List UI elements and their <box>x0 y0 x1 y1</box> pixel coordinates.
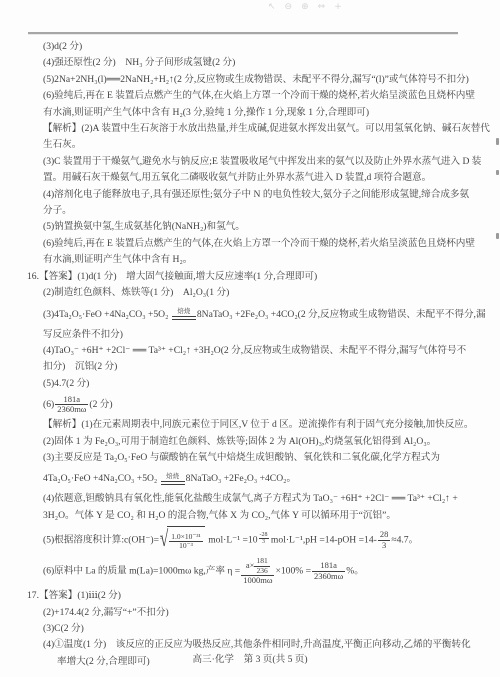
q15-analysis-line: (5)钠置换氨中氢,生成氨基化钠(NaNH₂)和氢气。 <box>43 219 494 235</box>
q17-answer-header-line: 17.【答案】(1)ⅲ(2 分) <box>27 588 494 604</box>
q16-analysis-ksp-line: (5)根据溶度积计算:c(OH⁻)=3√1.0×10⁻³¹10⁻³ mol·L⁻… <box>43 526 494 555</box>
fraction: 181a2360mω <box>55 395 88 416</box>
fit-width-icon[interactable]: ⇔ <box>318 2 326 12</box>
zoom-out-icon[interactable]: ⊖ <box>285 2 293 12</box>
q16-analysis-line: 【解析】(1)在元素周期表中,同族元素位于同区,V 位于 d 区。逆流操作有利于… <box>43 417 494 433</box>
q16-analysis-line: 3H₂O。气体 Y 是 CO₂ 和 H₂O 的混合物,气体 X 为 CO₂,气体… <box>43 508 494 524</box>
q16-analysis-equation-line: 4Ta₂O₅·FeO +4Na₂CO₃ +5O₂ 焙烧8NaTaO₃ +2Fe₂… <box>43 467 494 490</box>
text-segment: %。 <box>346 566 364 577</box>
scan-artifact <box>496 170 499 175</box>
q15-answer-line: (4)强还原性(2 分) NH₃ 分子间形成氢键(2 分) <box>43 55 494 71</box>
text-segment: (3)4Ta₂O₅·FeO +4Na₂CO₃ +5O₂ <box>43 309 171 320</box>
text-segment: (2 分) <box>89 399 112 410</box>
fraction-denominator: 3 <box>259 539 269 545</box>
fraction: 283 <box>378 530 391 551</box>
scan-artifact <box>496 233 499 239</box>
move-icon[interactable]: + <box>334 2 342 12</box>
fraction-numerator: -28 <box>259 532 269 539</box>
q15-answer-line: 有水滴,则证明产生气体中含有 H₂(3 分,验纯 1 分,操作 1 分,现象 1… <box>43 105 494 121</box>
fraction-denominator: 2360mω <box>55 405 88 415</box>
fraction-denominator: 2360mω <box>312 572 345 582</box>
q16-answer-line: (5)4.7(2 分) <box>43 376 494 392</box>
fraction-denominator: 236 <box>254 567 269 576</box>
q16-analysis-yield-line: (6)原料中 La 的质量 m(La)=1000mω kg,产率 η =a×18… <box>43 557 494 586</box>
fraction-denominator: 3 <box>378 541 391 551</box>
q16-answer-line: (2)制造红色颜料、炼铁等(1 分) Al₂O₃(1 分) <box>43 285 494 301</box>
q16-analysis-line: (3)主要反应是 Ta₂O₅·FeO 与碳酸钠在氧气中焙烧生成钽酸钠、氧化铁和二… <box>43 450 494 466</box>
pan-icon[interactable]: ↖ <box>268 2 276 12</box>
text-segment: mol·L⁻¹,pH =14-pOH =14- <box>269 535 377 546</box>
reaction-condition-arrow: 焙烧 <box>172 308 196 320</box>
text-segment: a× <box>246 560 255 570</box>
q15-answer-line: (6)验纯后,再在 E 装置后点燃产生的气体,在火焰上方罩一个冷而干燥的烧杯,若… <box>43 88 494 104</box>
q15-analysis-line: 分子。 <box>43 203 494 219</box>
q15-analysis-line: 生石灰。 <box>43 137 494 153</box>
double-bar <box>161 481 185 485</box>
q15-analysis-line: 置。用碱石灰干燥氨气,用五氧化二磷吸收氨气并防止外界水蒸气进入 D 装置,d 项… <box>43 170 494 186</box>
scan-artifact <box>496 138 499 145</box>
scanned-exam-page: ↖ ⊖ ⊕ ⇔ + (3)d(2 分) (4)强还原性(2 分) NH₃ 分子间… <box>0 0 500 677</box>
text-segment: 4Ta₂O₅·FeO +4Na₂CO₃ +5O₂ <box>43 473 160 484</box>
text-segment: 8NaTaO₃ +2Fe₂O₃ +4CO₂(2 分,反应物或生成物错误、未配平不… <box>197 309 486 320</box>
text-segment: ≈4.7。 <box>391 535 418 546</box>
q16-answer-fraction-line: (6)181a2360mω(2 分) <box>43 393 494 416</box>
q15-analysis-line: 有水滴,则证明产生气体中含有 H₂。 <box>43 252 494 268</box>
text-segment: (6) <box>43 399 54 410</box>
fraction-denominator: 1000mω <box>241 576 274 586</box>
text-segment: (6)原料中 La 的质量 m(La)=1000mω kg,产率 η = <box>43 566 240 577</box>
radical-sign: √ <box>160 529 168 552</box>
q16-analysis-line: (4)依题意,钽酸钠具有氧化性,能氧化盐酸生成氯气,离子方程式为 TaO₃⁻ +… <box>43 491 494 507</box>
q15-answer-line: (3)d(2 分) <box>43 39 494 55</box>
q15-analysis-line: (6)验纯后,再在 E 装置后点燃产生的气体,在火焰上方罩一个冷而干燥的烧杯,若… <box>43 236 494 252</box>
cube-root: 3√1.0×10⁻³¹10⁻³ <box>160 526 205 555</box>
viewer-toolbar: ↖ ⊖ ⊕ ⇔ + <box>268 2 342 12</box>
condition-label: 焙烧 <box>177 308 190 315</box>
fraction-denominator: 10⁻³ <box>169 542 203 551</box>
text-segment: mol·L⁻¹ =10 <box>206 535 258 546</box>
reaction-condition-arrow: 焙烧 <box>161 473 185 485</box>
fraction: 181a2360mω <box>312 561 345 582</box>
fraction: a×1812361000mω <box>241 557 274 586</box>
q16-analysis-line: (2)固体 1 为 Fe₂O₃,可用于制造红色颜料、炼铁等;固体 2 为 Al(… <box>43 434 494 450</box>
q16-answer-equation-line: (4)TaO₃⁻ +6H⁺ +2Cl⁻ ══ Ta³⁺ +Cl₂↑ +3H₂O(… <box>43 343 494 359</box>
q17-answer-line: (2)+174.4(2 分,漏写“+”不扣分) <box>43 605 494 621</box>
nested-fraction: 181236 <box>254 557 269 575</box>
q15-analysis-line: (3)C 装置用于干燥氨气,避免水与钠反应;E 装置吸收尾气中挥发出来的氨气以及… <box>43 154 494 170</box>
top-divider-rule <box>28 32 458 34</box>
q16-answer-line: 扣分) 沉铝(2 分) <box>43 359 494 375</box>
superscript-fraction: -283 <box>259 532 269 545</box>
condition-label: 焙烧 <box>166 473 179 480</box>
answer-key-content: (3)d(2 分) (4)强还原性(2 分) NH₃ 分子间形成氢键(2 分) … <box>43 39 494 670</box>
q16-answer-header-line: 16.【答案】(1)d(1 分) 增大固气接触面,增大反应速率(1 分,合理即可… <box>27 269 494 285</box>
text-segment: 8NaTaO₃ +2Fe₂O₃ +4CO₂。 <box>186 473 296 484</box>
double-bar <box>172 316 196 320</box>
fraction-numerator: a×181236 <box>241 557 274 576</box>
fraction: 1.0×10⁻³¹10⁻³ <box>169 533 203 551</box>
radicand: 1.0×10⁻³¹10⁻³ <box>167 526 205 555</box>
text-segment: ×100% = <box>275 566 311 577</box>
q15-analysis-line: (4)溶剂化电子能释放电子,具有强还原性;氨分子中 N 的电负性较大,氨分子之间… <box>43 187 494 203</box>
q15-answer-equation-line: (5)2Na+2NH₃(l)══2NaNH₂+H₂↑(2 分,反应物或生成物错误… <box>43 72 494 88</box>
text-segment: (5)根据溶度积计算:c(OH⁻)= <box>43 535 159 546</box>
q15-analysis-line: 【解析】(2)A 装置中生石灰溶于水放出热量,并生成碱,促进氨水挥发出氨气。可以… <box>43 121 494 137</box>
q17-answer-line: (3)C(2 分) <box>43 621 494 637</box>
q16-answer-equation-line: (3)4Ta₂O₅·FeO +4Na₂CO₃ +5O₂ 焙烧8NaTaO₃ +2… <box>43 303 494 326</box>
q16-answer-line: 写反应条件不扣分) <box>43 327 494 343</box>
page-footer: 高三·化学 第 3 页(共 5 页) <box>0 651 500 665</box>
zoom-in-icon[interactable]: ⊕ <box>301 2 309 12</box>
